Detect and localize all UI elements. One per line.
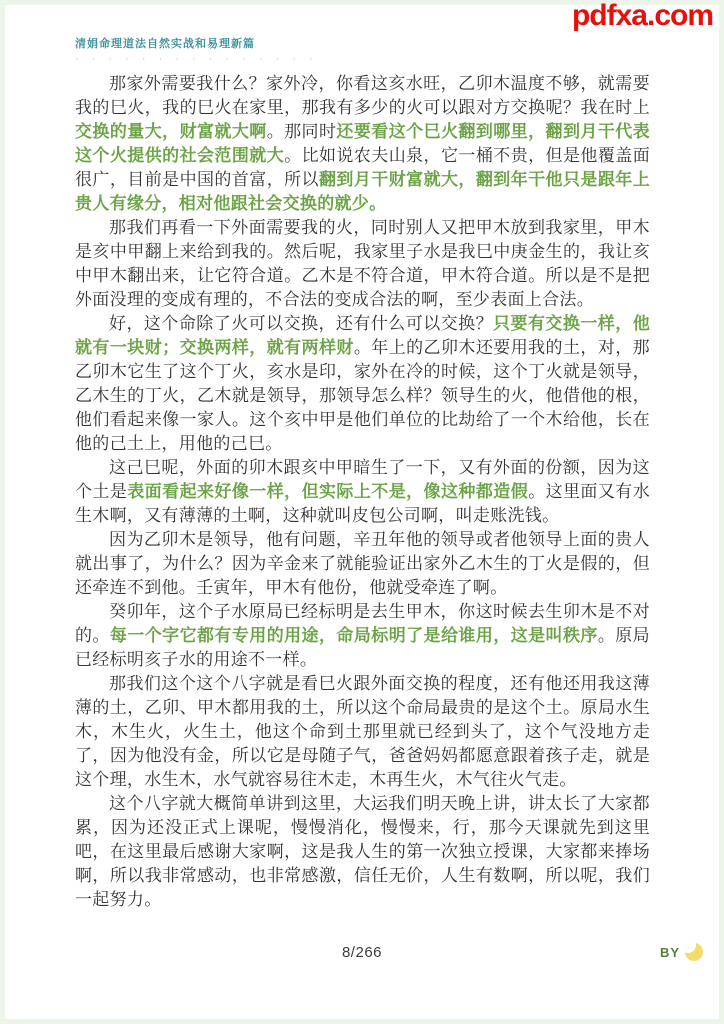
document-page: pdfxa.com 清娟命理道法自然实战和易理新篇 · · · · · · · … xyxy=(5,5,719,1019)
highlighted-text: 表面看起来好像一样，但实际上不是，像这种都造假 xyxy=(127,482,528,501)
body-text: 好，这个命除了火可以交换，还有什么可以交换？ xyxy=(109,314,493,333)
paragraph: 好，这个命除了火可以交换，还有什么可以交换？只要有交换一样，他就有一块财；交换两… xyxy=(75,312,650,456)
body-text: 那我们再看一下外面需要我的火，同时别人又把甲木放到我家里，甲木是亥中甲翻上来给到… xyxy=(75,218,650,309)
body-text: 那家外需要我什么？家外冷，你看这亥水旺，乙卯木温度不够，就需要我的巳火，我的巳火… xyxy=(75,74,650,117)
book-header: 清娟命理道法自然实战和易理新篇 · · · · · · · · · · · · … xyxy=(75,35,318,64)
body-text: 那我们这个这个八字就是看巳火跟外面交换的程度，还有他还用我这薄薄的土，乙卯、甲木… xyxy=(75,674,650,789)
paragraph: 癸卯年，这个子水原局已经标明是去生甲木，你这时候去生卯木是不对的。每一个字它都有… xyxy=(75,600,650,672)
crescent-moon-icon xyxy=(685,943,703,961)
page-body-text: 那家外需要我什么？家外冷，你看这亥水旺，乙卯木温度不够，就需要我的巳火，我的巳火… xyxy=(75,72,650,912)
paragraph: 那我们再看一下外面需要我的火，同时别人又把甲木放到我家里，甲木是亥中甲翻上来给到… xyxy=(75,216,650,312)
paragraph: 这己巳呢，外面的卯木跟亥中甲暗生了一下，又有外面的份额，因为这个土是表面看起来好… xyxy=(75,456,650,528)
paragraph: 这个八字就大概简单讲到这里，大运我们明天晚上讲，讲太长了大家都累，因为还没正式上… xyxy=(75,792,650,912)
watermark-site-name: pdfxa.com xyxy=(572,0,713,33)
paragraph: 那我们这个这个八字就是看巳火跟外面交换的程度，还有他还用我这薄薄的土，乙卯、甲木… xyxy=(75,672,650,792)
book-title: 清娟命理道法自然实战和易理新篇 xyxy=(75,35,318,51)
header-dots-divider: · · · · · · · · · · · · · · · xyxy=(75,54,318,64)
paragraph: 因为乙卯木是领导，他有问题，辛丑年他的领导或者他领导上面的贵人就出事了，为什么？… xyxy=(75,528,650,600)
highlighted-text: 每一个字它都有专用的用途，命局标明了是给谁用，这是叫秩序 xyxy=(110,626,598,645)
body-text: 。那同时 xyxy=(267,122,337,141)
highlighted-text: 交换的量大，财富就大啊 xyxy=(75,122,267,141)
body-text: 这个八字就大概简单讲到这里，大运我们明天晚上讲，讲太长了大家都累，因为还没正式上… xyxy=(75,794,650,909)
page-number: 8/266 xyxy=(5,944,719,961)
byline: BY xyxy=(660,943,703,961)
body-text: 因为乙卯木是领导，他有问题，辛丑年他的领导或者他领导上面的贵人就出事了，为什么？… xyxy=(75,530,650,597)
by-label: BY xyxy=(660,945,680,960)
paragraph: 那家外需要我什么？家外冷，你看这亥水旺，乙卯木温度不够，就需要我的巳火，我的巳火… xyxy=(75,72,650,216)
